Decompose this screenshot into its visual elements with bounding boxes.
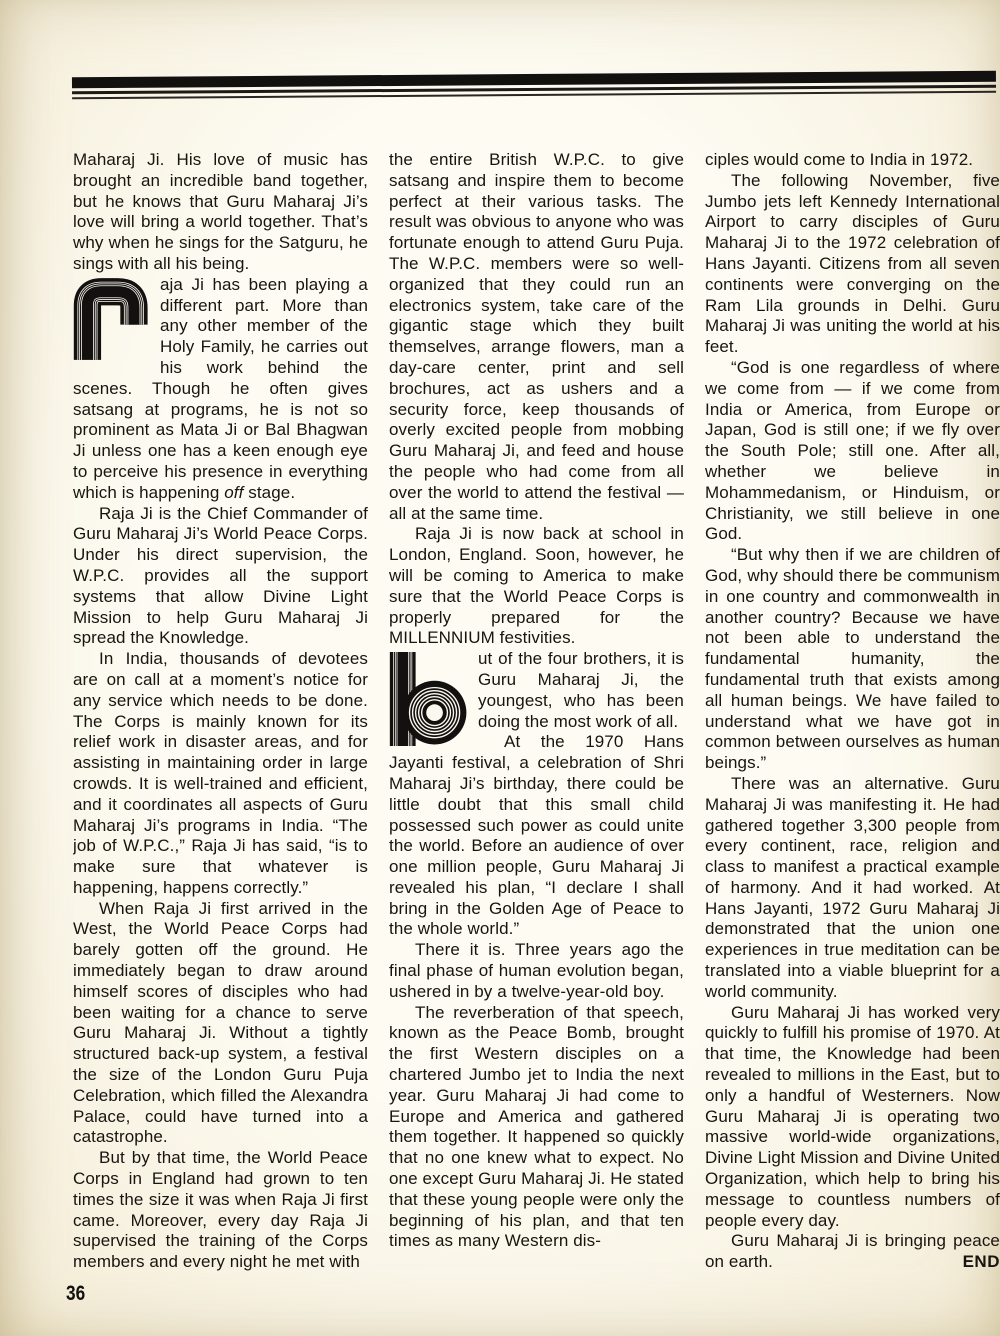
dropcap-r xyxy=(73,278,150,360)
paragraph: But by that time, the World Peace Corps … xyxy=(73,1148,368,1273)
end-marker: END xyxy=(937,1252,1000,1273)
paragraph: In India, thousands of devotees are on c… xyxy=(73,649,368,899)
paragraph: aja Ji has been playing a different part… xyxy=(73,275,368,504)
paragraph: the entire British W.P.C. to give satsan… xyxy=(389,150,684,524)
paragraph: Maharaj Ji. His love of music has brough… xyxy=(73,150,368,275)
paragraph: Raja Ji is now back at school in London,… xyxy=(389,524,684,649)
header-rule xyxy=(72,71,996,99)
paragraph: The following November, five Jumbo jets … xyxy=(705,171,1000,358)
paragraph: At the 1970 Hans Jayanti festival, a cel… xyxy=(389,732,684,940)
magazine-page: Maharaj Ji. His love of music has brough… xyxy=(0,0,1000,1336)
paragraph: ut of the four brothers, it is Guru Maha… xyxy=(389,649,684,732)
paragraph: Raja Ji is the Chief Commander of Guru M… xyxy=(73,504,368,650)
paragraph: ciples would come to India in 1972. xyxy=(705,150,1000,171)
article-column-3: ciples would come to India in 1972.The f… xyxy=(705,150,1000,1275)
dropcap-b xyxy=(389,652,468,746)
paragraph: There it is. Three years ago the final p… xyxy=(389,940,684,1002)
article-columns: Maharaj Ji. His love of music has brough… xyxy=(73,150,1000,1275)
paragraph: There was an alternative. Guru Maharaj J… xyxy=(705,774,1000,1003)
paragraph: When Raja Ji first arrived in the West, … xyxy=(73,899,368,1149)
paragraph: Guru Maharaj Ji has worked very quickly … xyxy=(705,1003,1000,1232)
paragraph: “God is one regardless of where we come … xyxy=(705,358,1000,545)
page-number: 36 xyxy=(66,1282,85,1306)
article-column-2: the entire British W.P.C. to give satsan… xyxy=(389,150,684,1275)
paragraph: “But why then if we are children of God,… xyxy=(705,545,1000,774)
article-column-1: Maharaj Ji. His love of music has brough… xyxy=(73,150,368,1275)
paragraph: The reverberation of that speech, known … xyxy=(389,1003,684,1253)
paragraph: Guru Maharaj Ji is bringing peace on ear… xyxy=(705,1231,1000,1273)
